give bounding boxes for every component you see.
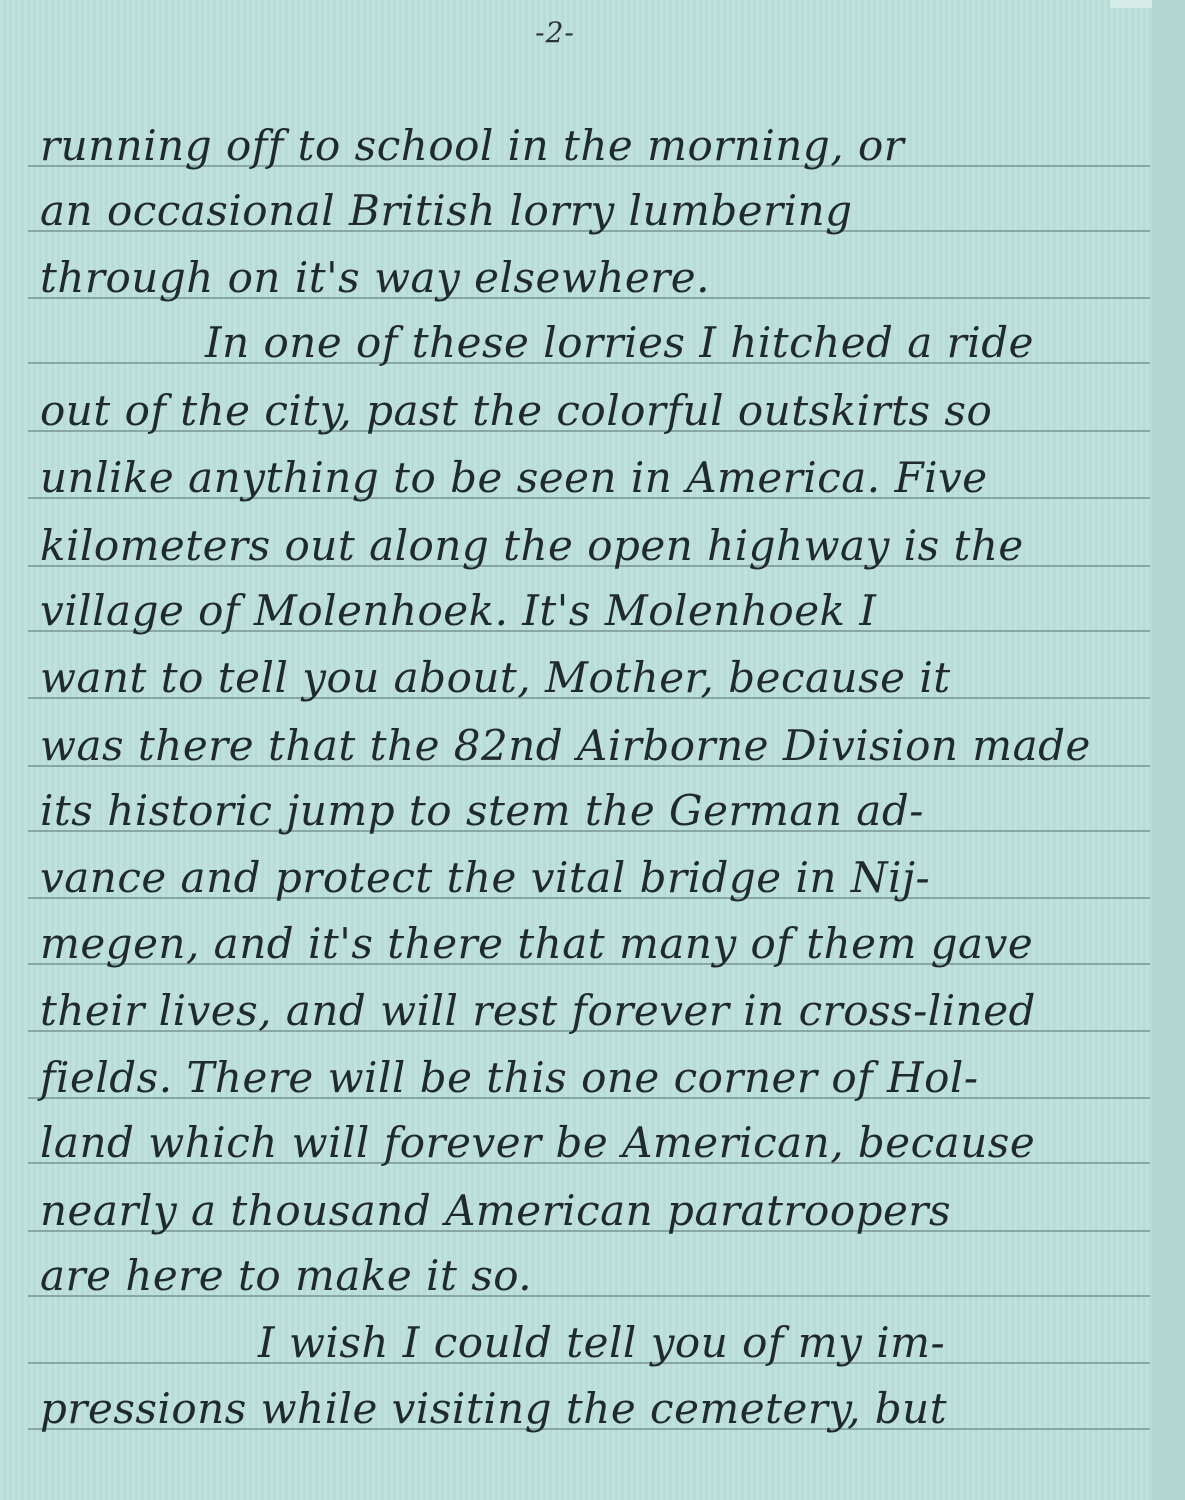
scan-edge-right — [1152, 0, 1185, 1500]
text-line: want to tell you about, Mother, because … — [40, 657, 951, 699]
text-line: out of the city, past the colorful outsk… — [40, 390, 992, 432]
text-line: an occasional British lorry lumbering — [40, 190, 853, 232]
text-line: through on it's way elsewhere. — [40, 257, 710, 299]
text-line: running off to school in the morning, or — [40, 125, 904, 167]
text-line: fields. There will be this one corner of… — [40, 1057, 979, 1099]
page-number: -2- — [0, 16, 1110, 49]
text-line: land which will forever be American, bec… — [40, 1122, 1035, 1164]
text-line: nearly a thousand American paratroopers — [40, 1190, 951, 1232]
text-line: village of Molenhoek. It's Molenhoek I — [40, 590, 876, 632]
text-line: pressions while visiting the cemetery, b… — [40, 1388, 947, 1430]
text-line: was there that the 82nd Airborne Divisio… — [40, 725, 1091, 767]
text-line: are here to make it so. — [40, 1255, 532, 1297]
text-line: its historic jump to stem the German ad- — [40, 790, 924, 832]
text-line: kilometers out along the open highway is… — [40, 525, 1024, 567]
text-line: I wish I could tell you of my im- — [258, 1322, 945, 1364]
text-line: In one of these lorries I hitched a ride — [205, 322, 1034, 364]
text-line: unlike anything to be seen in America. F… — [40, 457, 988, 499]
text-line: their lives, and will rest forever in cr… — [40, 990, 1036, 1032]
text-line: vance and protect the vital bridge in Ni… — [40, 857, 930, 899]
text-line: megen, and it's there that many of them … — [40, 923, 1033, 965]
letter-page: -2- running off to school in the morning… — [0, 0, 1152, 1500]
